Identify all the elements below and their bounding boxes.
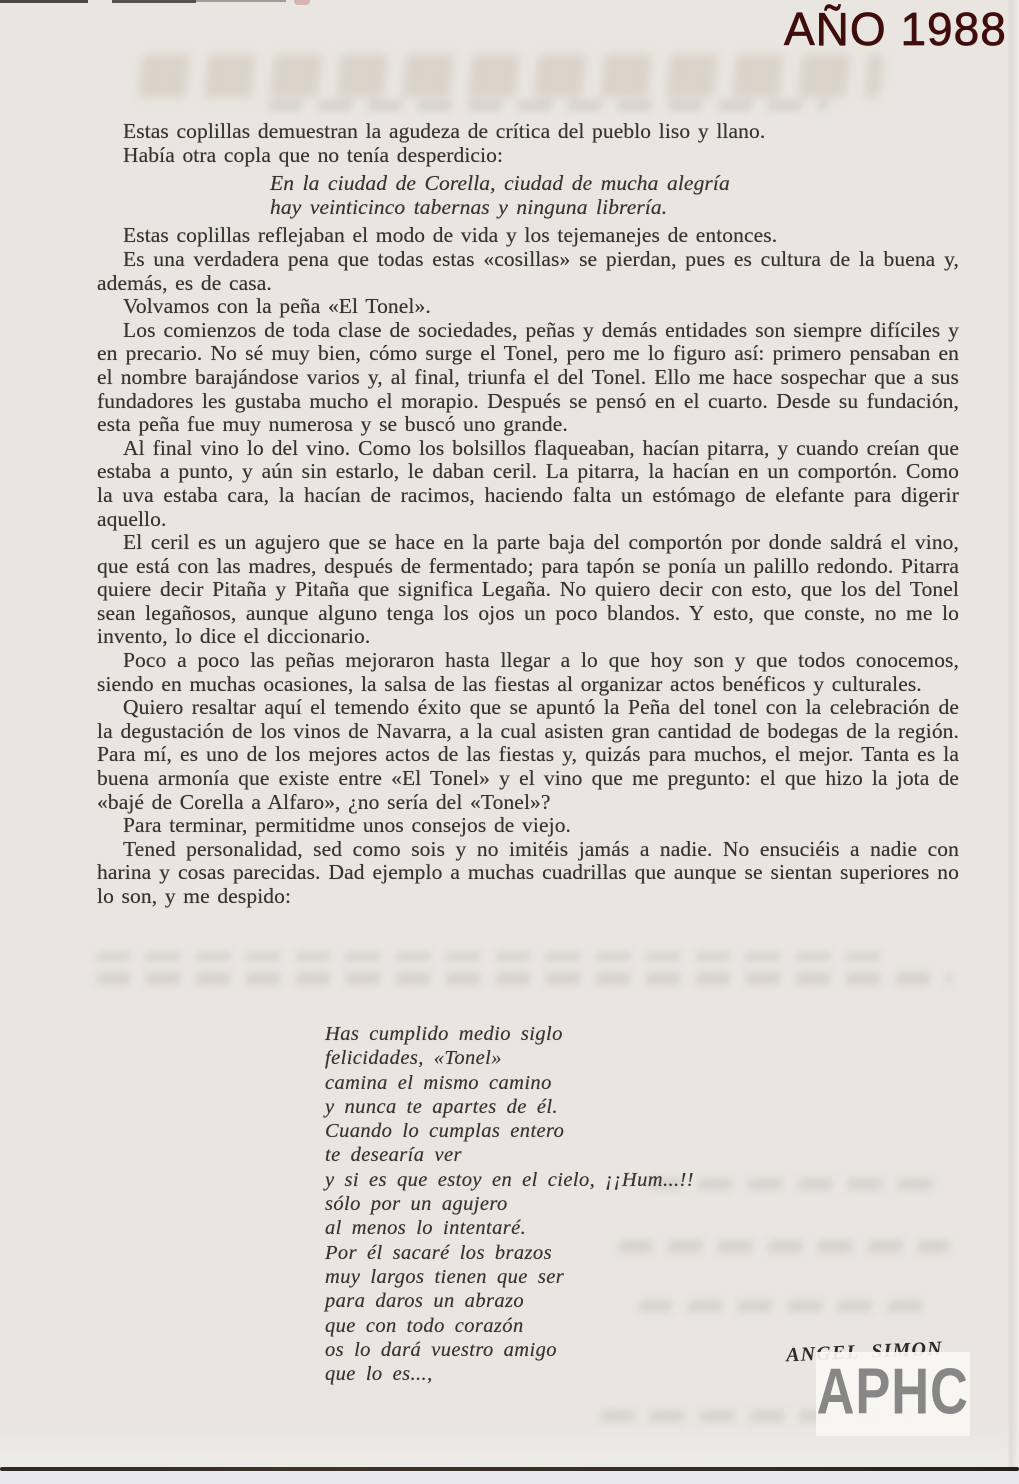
paragraph: Al final vino lo del vino. Como los bols…: [97, 437, 959, 531]
closing-poem: Has cumplido medio siglo felicidades, «T…: [325, 1022, 694, 1386]
poem-line: te desearía ver: [325, 1143, 694, 1167]
poem-line: os lo dará vuestro amigo: [325, 1338, 694, 1362]
paragraph: Poco a poco las peñas mejoraron hasta ll…: [97, 649, 959, 696]
paragraph: Había otra copla que no tenía desperdici…: [97, 144, 959, 168]
scan-edge-artifact: [196, 0, 286, 2]
couplet-line: En la ciudad de Corella, ciudad de mucha…: [270, 172, 959, 196]
scanner-background: [0, 1471, 1019, 1484]
paragraph: Estas coplillas reflejaban el modo de vi…: [97, 224, 959, 248]
watermark-box: APHC: [816, 1352, 970, 1436]
bleed-through-line-artifact: [267, 100, 828, 111]
paragraph: Volvamos con la peña «El Tonel».: [97, 295, 959, 319]
scanned-page: AÑO 1988 Estas coplillas demuestran la a…: [0, 0, 1019, 1484]
paragraph: Tened personalidad, sed como sois y no i…: [97, 838, 959, 909]
poem-line: Has cumplido medio siglo: [325, 1022, 694, 1046]
paragraph: Los comienzos de toda clase de sociedade…: [97, 319, 959, 437]
scan-edge-artifact: [294, 0, 310, 5]
poem-line: Por él sacaré los brazos: [325, 1241, 694, 1265]
bleed-through-line-artifact: [96, 952, 887, 961]
poem-line: y nunca te apartes de él.: [325, 1095, 694, 1119]
paragraph: Estas coplillas demuestran la agudeza de…: [97, 120, 959, 144]
couplet-line: hay veinticinco tabernas y ninguna libre…: [270, 196, 959, 220]
page-right-edge: [1007, 0, 1019, 1484]
bleed-through-title-artifact: [138, 54, 885, 98]
paragraph: Es una verdadera pena que todas estas «c…: [97, 248, 959, 295]
watermark-text: APHC: [817, 1358, 969, 1423]
poem-line: felicidades, «Tonel»: [325, 1046, 694, 1070]
poem-line: sólo por un agujero: [325, 1192, 694, 1216]
poem-line: y si es que estoy en el cielo, ¡¡Hum...!…: [325, 1168, 694, 1192]
page-year-heading: AÑO 1988: [784, 6, 1007, 52]
poem-line: que lo es...,: [325, 1362, 694, 1386]
poem-line: que con todo corazón: [325, 1314, 694, 1338]
scan-edge-artifact: [112, 0, 196, 3]
poem-line: al menos lo intentaré.: [325, 1216, 694, 1240]
poem-line: para daros un abrazo: [325, 1289, 694, 1313]
poem-line: Cuando lo cumplas entero: [325, 1119, 694, 1143]
article-text-column: Estas coplillas demuestran la agudeza de…: [97, 120, 959, 909]
paragraph: El ceril es un agujero que se hace en la…: [97, 531, 959, 649]
paragraph: Para terminar, permitidme unos consejos …: [97, 814, 959, 838]
bleed-through-line-artifact: [95, 972, 952, 985]
poem-line: muy largos tienen que ser: [325, 1265, 694, 1289]
verse-couplet: En la ciudad de Corella, ciudad de mucha…: [270, 172, 959, 219]
paragraph: Quiero resaltar aquí el temendo éxito qu…: [97, 696, 959, 814]
scan-edge-artifact: [0, 0, 88, 3]
poem-line: camina el mismo camino: [325, 1071, 694, 1095]
